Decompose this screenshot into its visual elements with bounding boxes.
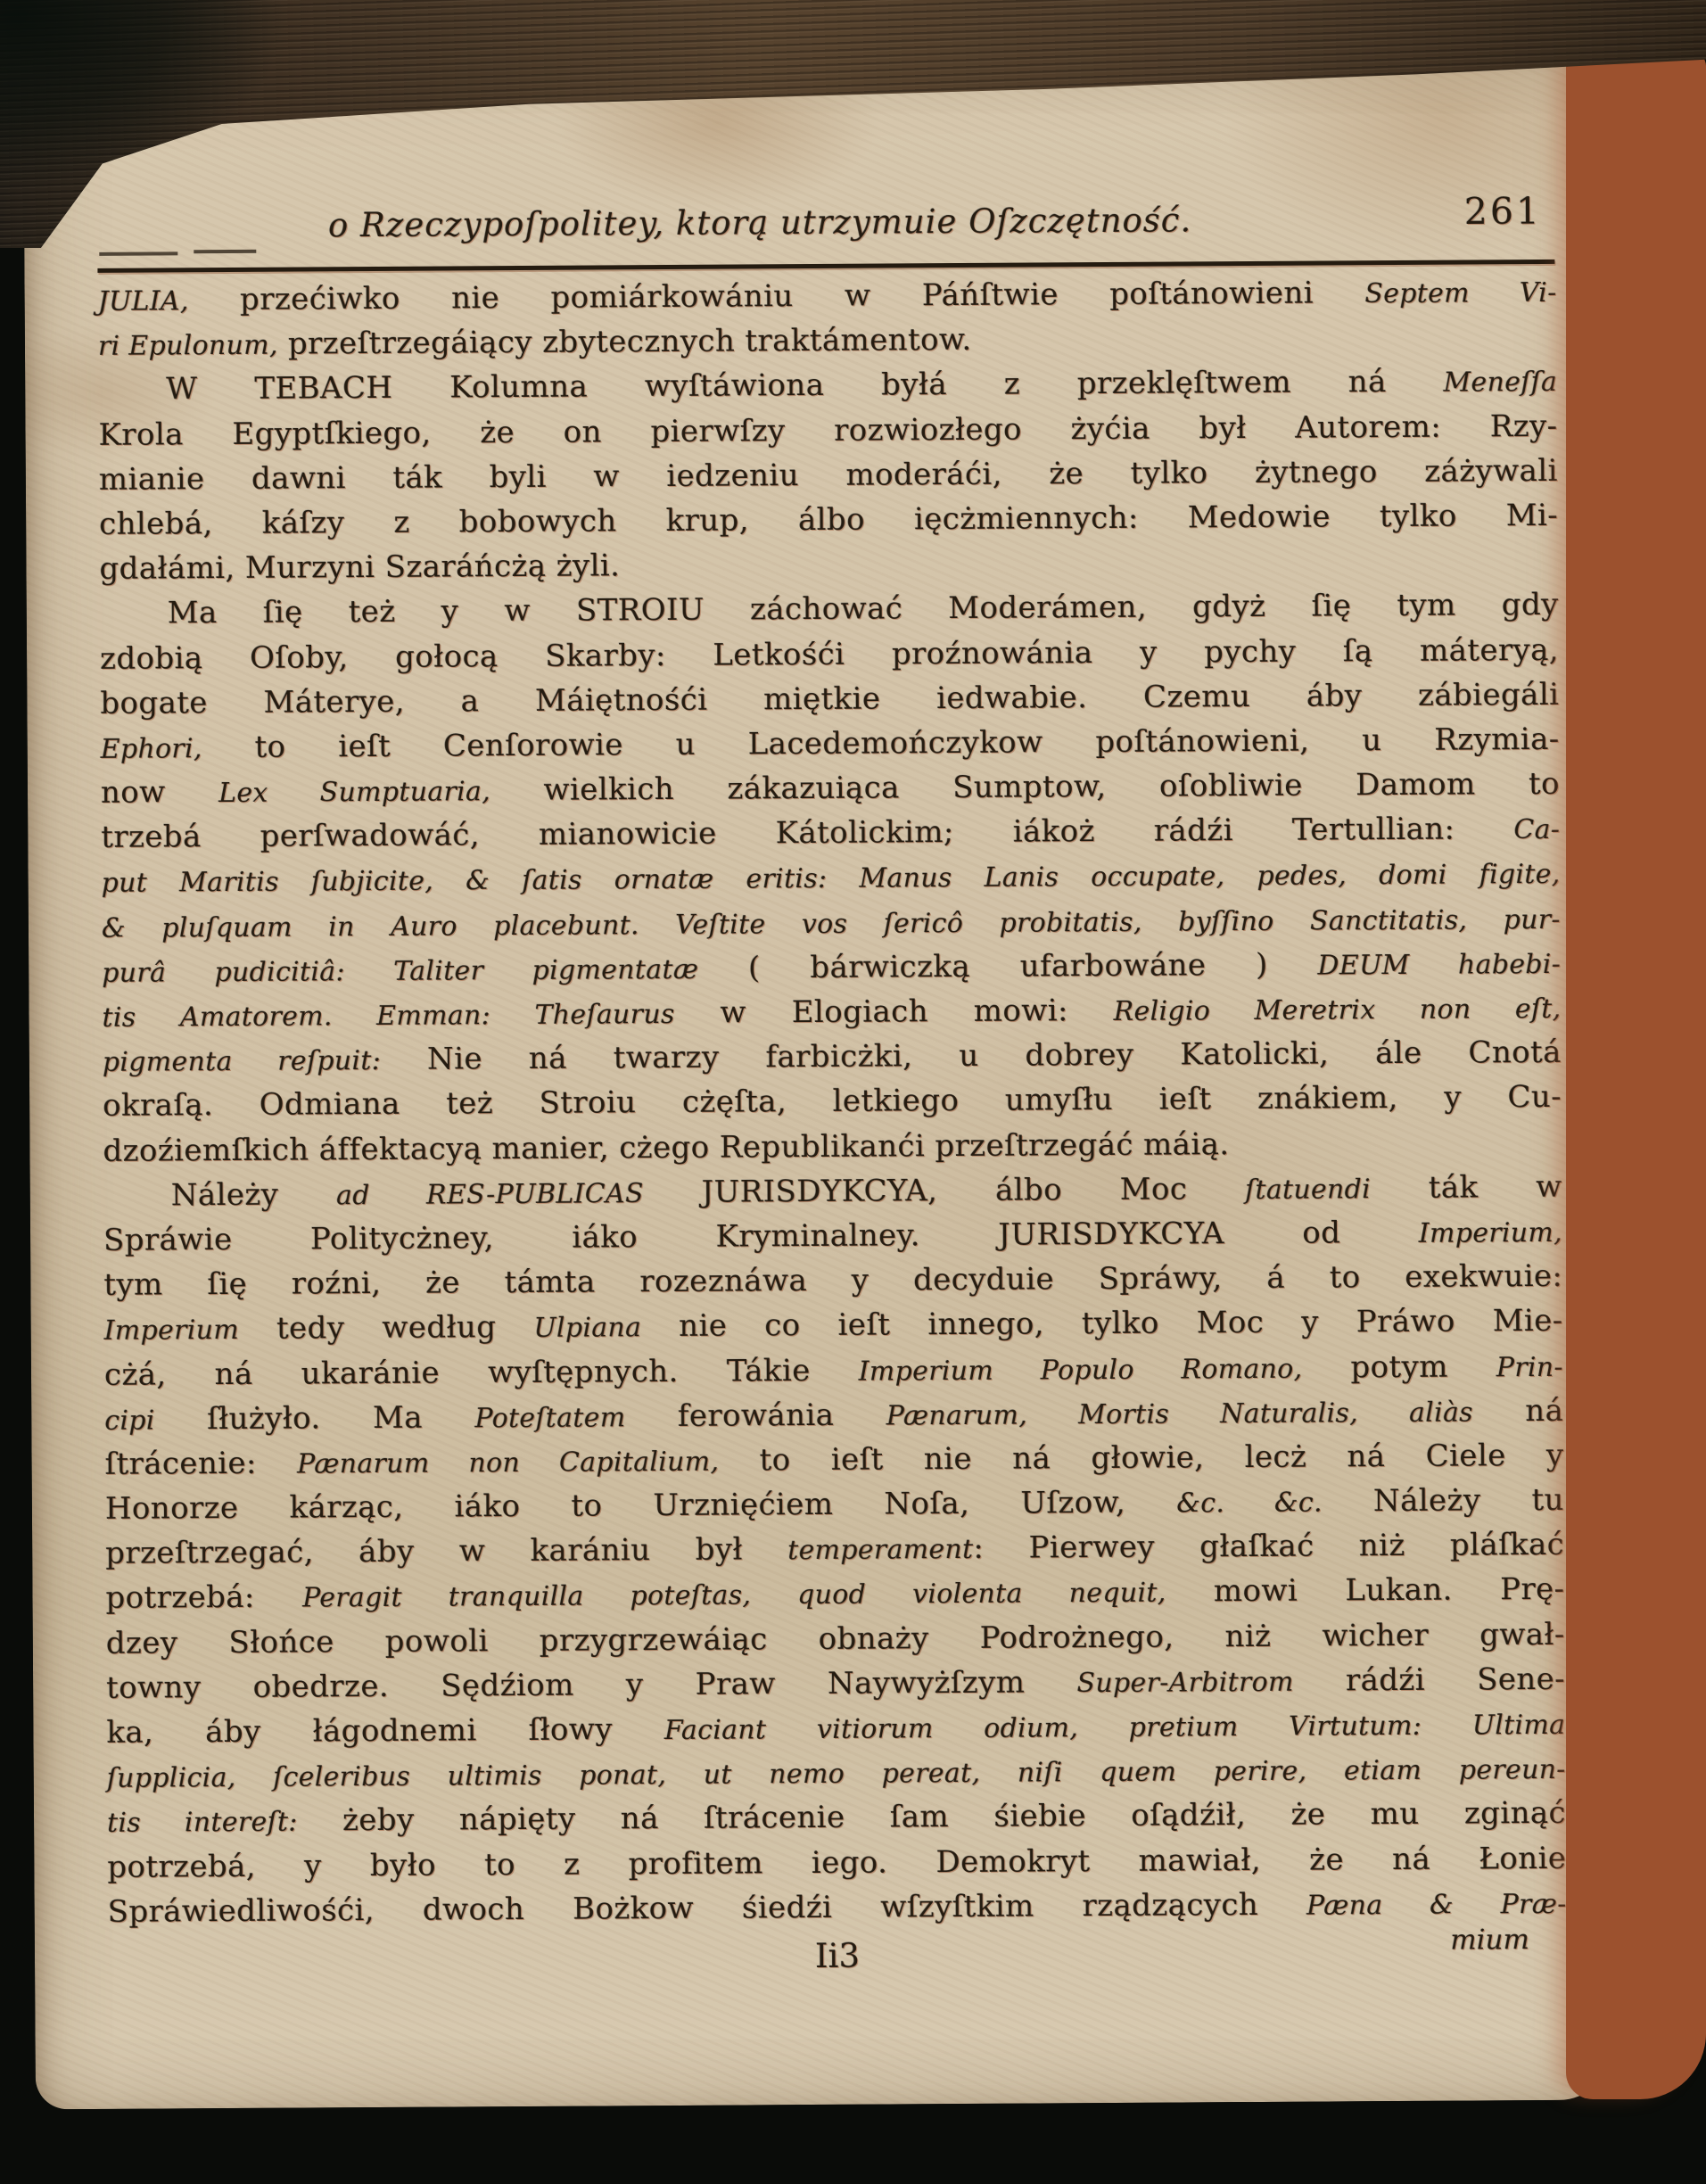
roman-segment: trzebá perſwadowáć, mianowicie Kátolicki… xyxy=(101,811,1513,855)
roman-segment: ka, áby łágodnemi ſłowy xyxy=(106,1711,664,1751)
italic-segment: purâ pudicitiâ: Taliter pigmentatæ xyxy=(102,954,698,989)
roman-segment: ſłużyło. Ma xyxy=(155,1399,475,1437)
italic-segment: Septem Vi- xyxy=(1364,277,1557,309)
roman-segment: ferowánia xyxy=(625,1397,886,1434)
roman-segment: JURISDYKCYA, álbo Moc xyxy=(644,1171,1245,1210)
rule-fragment xyxy=(194,250,256,253)
roman-segment: dzoźiemſkich áffektacyą manier, cżego Re… xyxy=(103,1126,1229,1169)
roman-segment: Nie ná twarzy farbicżki, u dobrey Katoli… xyxy=(381,1034,1562,1077)
roman-segment: żeby nápięty ná ſtrácenie ſam śiebie oſą… xyxy=(298,1795,1567,1839)
roman-segment: mowi Lukan. Prę- xyxy=(1166,1571,1564,1610)
italic-segment: Imperium xyxy=(104,1315,240,1347)
italic-segment: Pænarum non Capitalium, xyxy=(297,1446,719,1480)
italic-segment: JULIA, xyxy=(98,285,189,317)
roman-segment: cżá, ná ukaránie wyſtępnych. Tákie xyxy=(104,1352,859,1392)
italic-segment: ſtatuendi xyxy=(1245,1174,1371,1206)
roman-segment: przećiwko nie pomiárkowániu w Páńſtwie p… xyxy=(189,275,1365,317)
italic-segment: Ephori, xyxy=(101,733,202,765)
roman-segment: bogate Máterye, a Máiętnośći miętkie ied… xyxy=(100,677,1559,721)
roman-segment: to ieſt nie ná głowie, lecż ná Ciele y xyxy=(719,1438,1563,1479)
quire-signature: Ii3 xyxy=(815,1937,860,1975)
italic-segment: Peragit tranquilla poteſtas, quod violen… xyxy=(302,1578,1166,1614)
roman-segment: gdałámi, Murzyni Szaráńcżą żyli. xyxy=(99,548,620,587)
roman-segment: Spráwiedliwośći, dwoch Bożkow śiedźi wſz… xyxy=(108,1886,1307,1929)
italic-segment: ad RES-PUBLICAS xyxy=(336,1178,644,1211)
italic-segment: tis Amatorem. Emman: Theſaurus xyxy=(102,999,674,1034)
text-line: Imperium tedy według Ulpiana nie co ieſt… xyxy=(104,1298,1563,1352)
italic-segment: &c. &c. xyxy=(1176,1488,1323,1520)
book-fore-edge xyxy=(1566,52,1706,2099)
text-line: Spráwiedliwośći, dwoch Bożkow śiedźi wſz… xyxy=(108,1881,1567,1934)
catchword: mium xyxy=(1450,1924,1529,1957)
italic-segment: put Maritis ſubjicite, & ſatis ornatæ er… xyxy=(102,859,1561,899)
roman-segment: ná xyxy=(1473,1393,1564,1430)
roman-segment: potrzebá, y było to z profitem iego. Dem… xyxy=(107,1840,1566,1884)
roman-segment: okraſą. Odmiana też Stroiu cżęſta, letki… xyxy=(103,1079,1562,1124)
roman-segment: Krola Egyptſkiego, że on pierwſzy rozwio… xyxy=(98,408,1557,452)
italic-segment: Prin- xyxy=(1496,1351,1563,1382)
roman-segment: to ieſt Cenſorowie u Lacedemończykow poſ… xyxy=(202,721,1560,765)
roman-segment: w Elogiach mowi: xyxy=(675,993,1114,1031)
roman-segment: Náleży xyxy=(171,1176,337,1213)
text-line: JULIA, przećiwko nie pomiárkowániu w Páń… xyxy=(97,269,1556,323)
roman-segment: potym xyxy=(1302,1348,1496,1385)
italic-segment: Ca- xyxy=(1513,814,1560,845)
italic-segment: ri Epulonum, xyxy=(98,330,278,362)
book-photo: { "page": { "header": { "title": "o Rzec… xyxy=(0,0,1706,2184)
running-header: o Rzeczypoſpolitey, ktorą utrzymuie Oſzc… xyxy=(97,188,1556,268)
roman-segment: tym ſię roźni, że támta rozeznáwa y decy… xyxy=(103,1258,1562,1303)
roman-segment: : Pierwey głaſkać niż pláſkać xyxy=(973,1527,1564,1566)
roman-segment: Honorze kárząc, iáko to Urznięćiem Noſa,… xyxy=(105,1485,1177,1527)
roman-segment: zdobią Oſoby, gołocą Skarby: Letkośći pr… xyxy=(100,631,1559,676)
roman-segment: nie co ieſt innego, tylko Moc y Práwo Mi… xyxy=(641,1303,1563,1344)
text-line: chlebá, káſzy z bobowych krup, álbo ięcż… xyxy=(99,493,1558,547)
roman-segment: przeſtrzegáiący zbytecznych traktámentow… xyxy=(278,322,972,362)
roman-segment: przeſtrzegać, áby w karániu był xyxy=(105,1531,787,1571)
italic-segment: Faciant vitiorum odium, pretium Virtutum… xyxy=(664,1710,1566,1746)
italic-segment: Pænarum, Mortis Naturalis, aliàs xyxy=(886,1397,1473,1431)
roman-segment: tedy według xyxy=(239,1309,534,1347)
roman-segment: dzey Słońce powoli przygrzewáiąc obnaży … xyxy=(106,1616,1565,1661)
roman-segment: mianie dawni ták byli w iedzeniu moderáć… xyxy=(99,453,1558,498)
italic-segment: DEUM habebi- xyxy=(1317,949,1561,982)
rule-fragment xyxy=(99,251,177,256)
book-page: o Rzeczypoſpolitey, ktorą utrzymuie Oſzc… xyxy=(23,56,1612,2110)
italic-segment: tis intereſt: xyxy=(107,1807,298,1839)
roman-segment: chlebá, káſzy z bobowych krup, álbo ięcż… xyxy=(99,498,1558,542)
roman-segment: wielkich zákazuiąca Sumptow, oſobliwie D… xyxy=(490,766,1560,808)
italic-segment: Imperium Populo Romano, xyxy=(859,1353,1303,1387)
page-number: 261 xyxy=(1464,190,1543,234)
italic-segment: & pluſquam in Auro placebunt. Veſtite vo… xyxy=(102,904,1561,944)
italic-segment: Imperium, xyxy=(1419,1217,1562,1249)
printed-text: o Rzeczypoſpolitey, ktorą utrzymuie Oſzc… xyxy=(97,188,1567,2004)
italic-segment: Ulpiana xyxy=(533,1313,641,1345)
italic-segment: Meneſſa xyxy=(1443,367,1557,399)
italic-segment: Lex Sumptuaria, xyxy=(218,776,490,809)
roman-segment: ták w xyxy=(1371,1169,1562,1206)
roman-segment: W TEBACH Kolumna wyſtáwiona byłá z przek… xyxy=(166,364,1443,408)
italic-segment: Super-Arbitrom xyxy=(1076,1667,1293,1699)
italic-segment: Religio Meretrix non eſt, xyxy=(1114,993,1562,1027)
roman-segment: rádźi Sene- xyxy=(1294,1661,1566,1699)
text-line: Ma ſię też y w STROIU záchować Moderámen… xyxy=(100,582,1559,636)
roman-segment: ( bárwiczką ufarbowáne ) xyxy=(698,946,1317,985)
italic-segment: pigmenta reſpuit: xyxy=(103,1045,381,1078)
italic-segment: Poteſtatem xyxy=(474,1402,625,1434)
roman-segment: Náleży tu xyxy=(1323,1482,1564,1520)
roman-segment: ſtrácenie: xyxy=(104,1445,297,1481)
roman-segment: towny obedrze. Sędźiom y Praw Naywyżſzym xyxy=(106,1664,1077,1706)
text-block: JULIA, przećiwko nie pomiárkowániu w Páń… xyxy=(97,269,1566,1934)
italic-segment: cipi xyxy=(104,1405,155,1436)
roman-segment: now xyxy=(101,774,218,811)
text-line: okraſą. Odmiana też Stroiu cżęſta, letki… xyxy=(103,1075,1562,1128)
italic-segment: Pæna & Præ- xyxy=(1306,1889,1567,1922)
italic-segment: ſupplicia, ſceleribus ultimis ponat, ut … xyxy=(107,1754,1566,1794)
header-title: o Rzeczypoſpolitey, ktorą utrzymuie Oſzc… xyxy=(97,188,1556,246)
roman-segment: Spráwie Politycżney, iáko Kryminalney. J… xyxy=(103,1215,1419,1258)
roman-segment: Ma ſię też y w STROIU záchować Moderámen… xyxy=(168,587,1559,631)
roman-segment: potrzebá: xyxy=(105,1579,302,1616)
italic-segment: temperament xyxy=(787,1534,974,1566)
page-footer: Ii3 mium xyxy=(108,1933,1567,2004)
